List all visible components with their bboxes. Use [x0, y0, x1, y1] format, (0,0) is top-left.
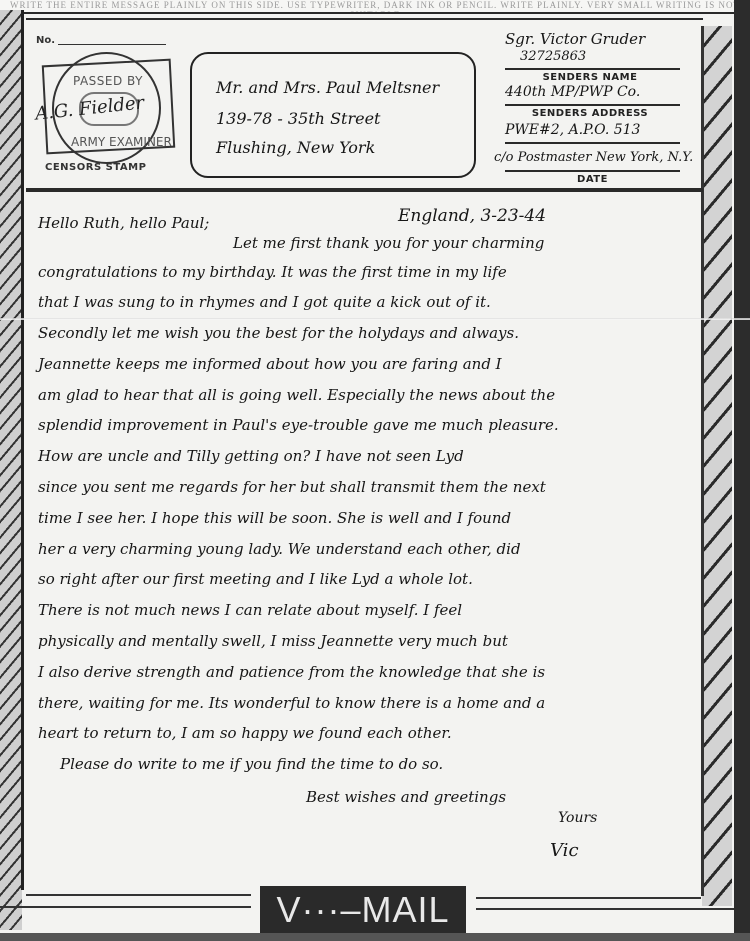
fold-crease — [0, 318, 750, 320]
left-hatched-border — [0, 10, 22, 930]
letter-line: Secondly let me wish you the best for th… — [38, 324, 519, 342]
stamp-passed-by: PASSED BY — [73, 74, 143, 88]
stamp-army-examiner: ARMY EXAMINER — [71, 135, 172, 149]
letter-line: there, waiting for me. Its wonderful to … — [38, 694, 545, 712]
letter-line: her a very charming young lady. We under… — [38, 540, 521, 558]
letter-line: Please do write to me if you find the ti… — [60, 755, 443, 773]
letter-line: since you sent me regards for her but sh… — [38, 478, 546, 496]
letter-line: heart to return to, I am so happy we fou… — [38, 724, 452, 742]
recipient-city: Flushing, New York — [216, 138, 375, 157]
censors-stamp-label: CENSORS STAMP — [45, 162, 146, 173]
vmail-logo: V···–MAIL — [260, 886, 466, 934]
number-label: No. — [36, 35, 55, 46]
date-rule — [505, 170, 680, 172]
letter-line: How are uncle and Tilly getting on? I ha… — [38, 447, 464, 465]
right-border-rule — [701, 26, 704, 896]
place-date: England, 3-23-44 — [398, 206, 546, 226]
footer-rule — [0, 906, 251, 908]
footer-rule — [26, 894, 251, 896]
footer-rule — [476, 908, 734, 910]
top-inner-rule — [26, 18, 703, 20]
recipient-street: 139-78 - 35th Street — [216, 109, 380, 128]
sender-address-rule — [505, 104, 680, 106]
sender-name: Sgr. Victor Gruder — [505, 30, 683, 48]
sender-address-line1: PWE#2, A.P.O. 513 — [505, 122, 683, 138]
senders-name-label: SENDERS NAME — [490, 72, 690, 83]
salutation: Hello Ruth, hello Paul; — [38, 214, 209, 232]
senders-address-label: SENDERS ADDRESS — [490, 108, 690, 119]
bottom-edge — [0, 933, 750, 941]
letter-line: that I was sung to in rhymes and I got q… — [38, 293, 491, 311]
number-field-line — [58, 44, 166, 45]
letter-line: splendid improvement in Paul's eye-troub… — [38, 416, 559, 434]
letter-line: Let me first thank you for your charming — [233, 234, 544, 252]
letter-line: Jeannette keeps me informed about how yo… — [38, 355, 502, 373]
valediction: Yours — [558, 810, 597, 826]
letter-line: am glad to hear that all is going well. … — [38, 386, 555, 404]
left-border-rule — [21, 10, 24, 890]
letter-line: There is not much news I can relate abou… — [38, 601, 462, 619]
right-edge-shadow — [734, 0, 750, 941]
sender-address-line1-rule — [505, 142, 680, 144]
sender-unit: 440th MP/PWP Co. — [505, 84, 683, 100]
footer-rule — [476, 897, 701, 899]
closing: Best wishes and greetings — [306, 788, 506, 806]
signature: Vic — [550, 840, 579, 861]
sender-serial: 32725863 — [520, 49, 698, 64]
letter-line: so right after our first meeting and I l… — [38, 570, 473, 588]
letter-line: congratulations to my birthday. It was t… — [38, 263, 507, 281]
header-divider — [26, 188, 703, 192]
recipient-name: Mr. and Mrs. Paul Meltsner — [216, 78, 439, 97]
sender-address-line2: c/o Postmaster New York, N.Y. — [494, 150, 672, 165]
top-border-rule — [24, 12, 734, 14]
letter-line: physically and mentally swell, I miss Je… — [38, 632, 508, 650]
letter-line: time I see her. I hope this will be soon… — [38, 509, 511, 527]
letter-line: I also derive strength and patience from… — [38, 663, 545, 681]
sender-name-rule — [505, 68, 680, 70]
date-label: DATE — [505, 174, 680, 185]
right-hatched-border — [702, 26, 732, 906]
censor-stamp: PASSED BY ARMY EXAMINER A.G. Fielder — [35, 52, 185, 172]
recipient-address-box: Mr. and Mrs. Paul Meltsner 139-78 - 35th… — [190, 52, 476, 178]
